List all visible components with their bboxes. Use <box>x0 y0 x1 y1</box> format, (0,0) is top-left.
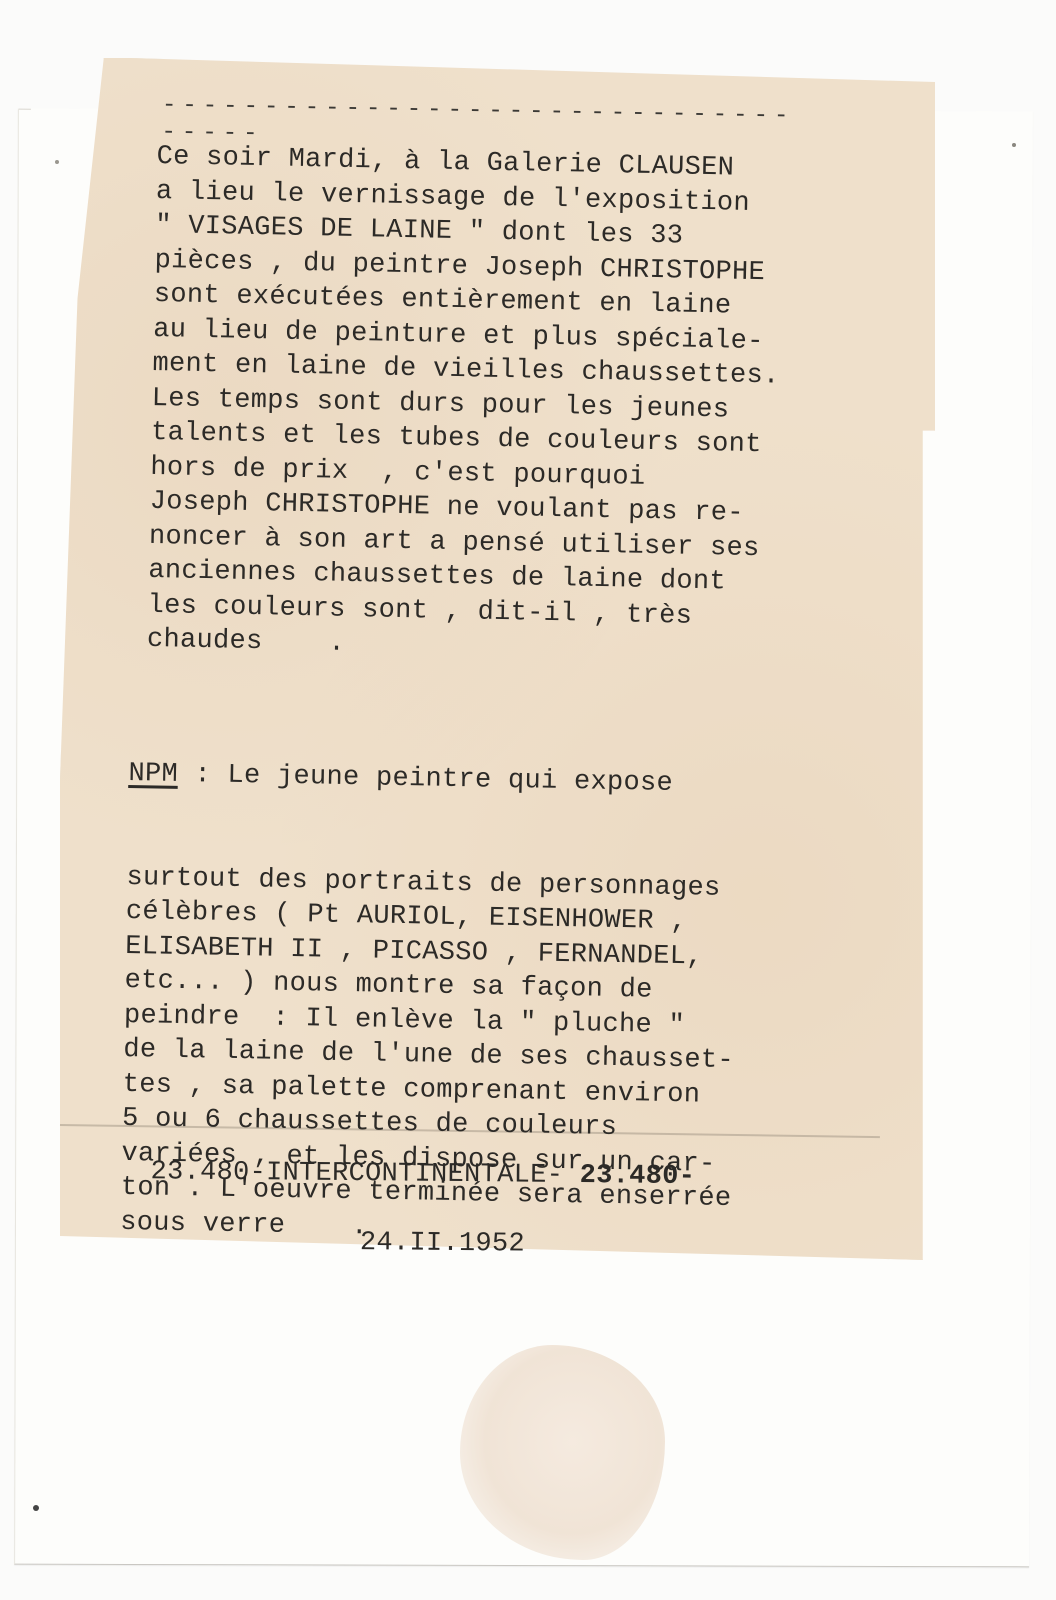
caption-title: IL PEINT AVEC SES CHAUSSETTES ... <box>165 48 746 76</box>
pin-hole-mark <box>55 160 59 164</box>
pin-hole-mark <box>1012 143 1016 147</box>
reference-number-right: 23.480- <box>563 1160 695 1191</box>
reference-number-left: 23.480- <box>150 1157 266 1188</box>
paragraph-2-first-line: NPM : Le jeune peintre qui expose <box>128 757 739 803</box>
npm-label: NPM <box>128 759 178 790</box>
npm-separator: : <box>178 760 228 791</box>
pin-hole-mark <box>33 1505 39 1511</box>
agency-name: INTERCONTINENTALE- <box>266 1158 563 1191</box>
caption-paragraph-1: Ce soir Mardi, à la Galerie CLAUSENa lie… <box>147 140 784 670</box>
caption-date: 24.II.1952 <box>117 1223 695 1263</box>
paragraph-2-first-line-text: Le jeune peintre qui expose <box>227 761 673 799</box>
caption-footer: 23.480-INTERCONTINENTALE- 23.480- 24.II.… <box>116 1120 695 1298</box>
